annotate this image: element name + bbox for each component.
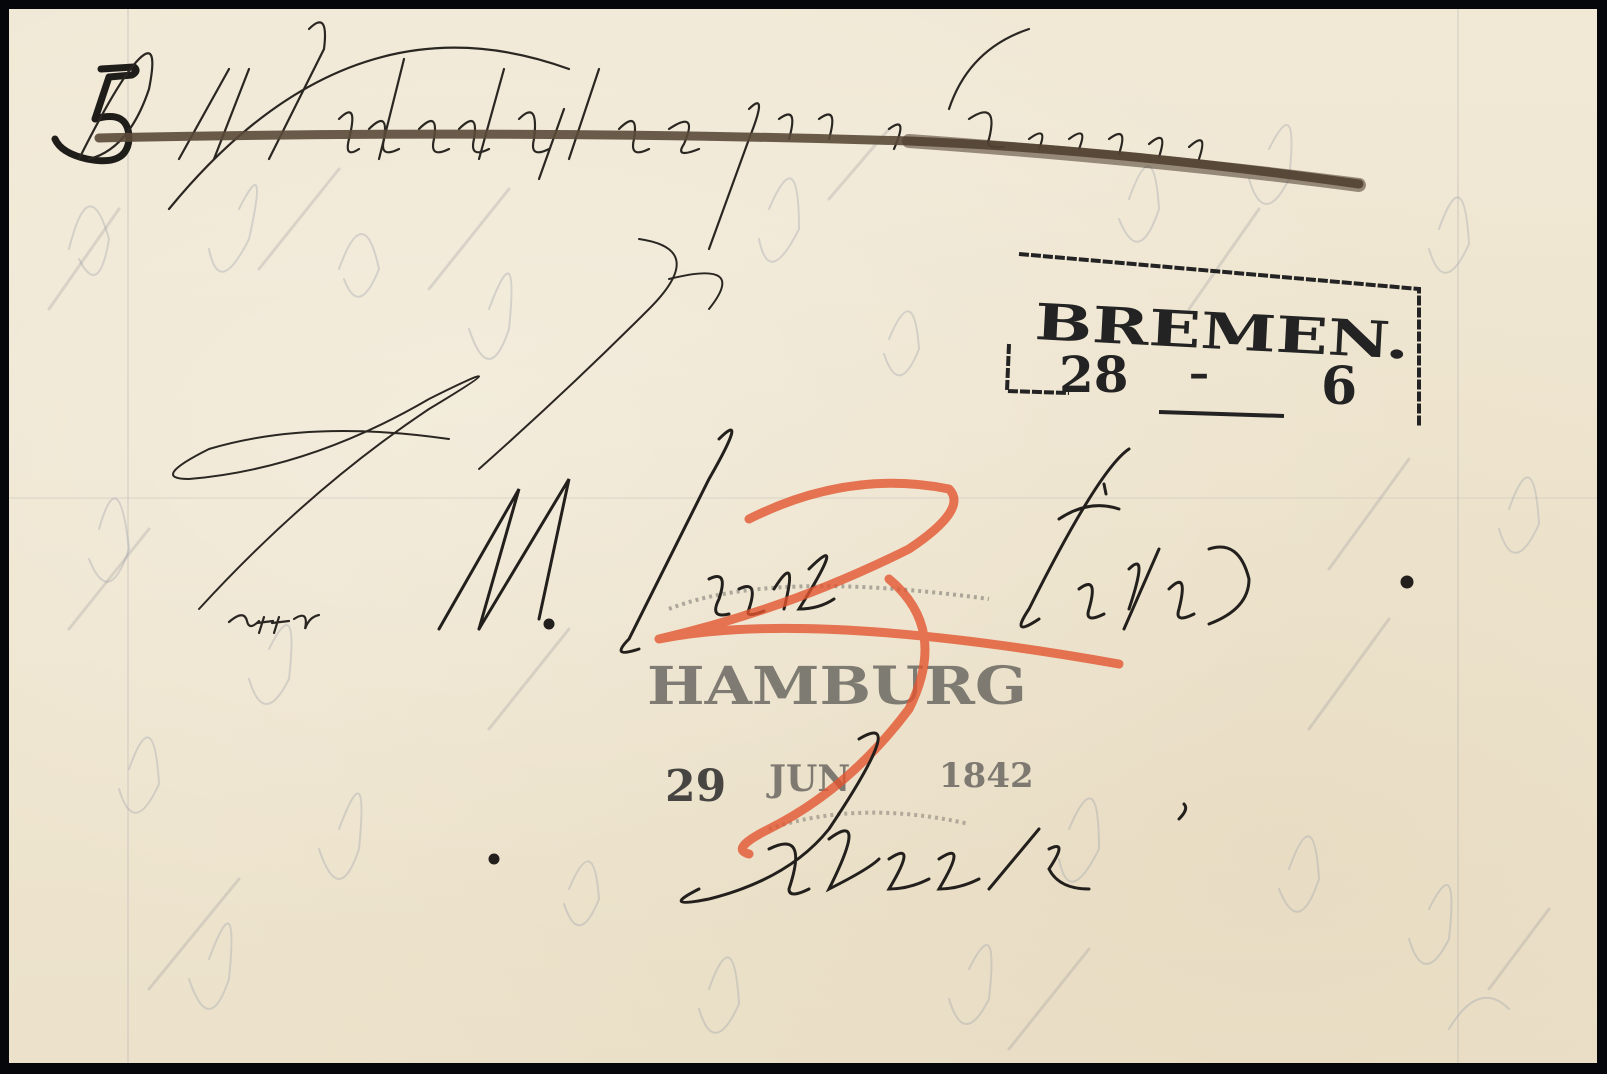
- hamburg-year-text: 1842: [939, 756, 1034, 796]
- hamburg-city-text: HAMBURG: [647, 656, 1027, 717]
- letter-cover: HAMBURG 29 JUN 1842: [9, 9, 1597, 1063]
- bremen-day-text: 28: [1059, 345, 1129, 404]
- bremen-separator: –: [1189, 350, 1209, 397]
- manuscript-ink: HAMBURG 29 JUN 1842: [9, 9, 1597, 1063]
- bremen-postmark: BREMEN. 28 – 6: [1007, 254, 1419, 427]
- rate-marking-5: [55, 67, 136, 161]
- hamburg-postmark: HAMBURG 29 JUN 1842: [647, 586, 1034, 829]
- addressee-prefix-herrn: [229, 615, 319, 633]
- address-flourish: [173, 239, 722, 609]
- hamburg-day-text: 29: [665, 761, 726, 812]
- image-frame: HAMBURG 29 JUN 1842: [0, 0, 1607, 1074]
- bremen-month-text: 6: [1321, 356, 1357, 417]
